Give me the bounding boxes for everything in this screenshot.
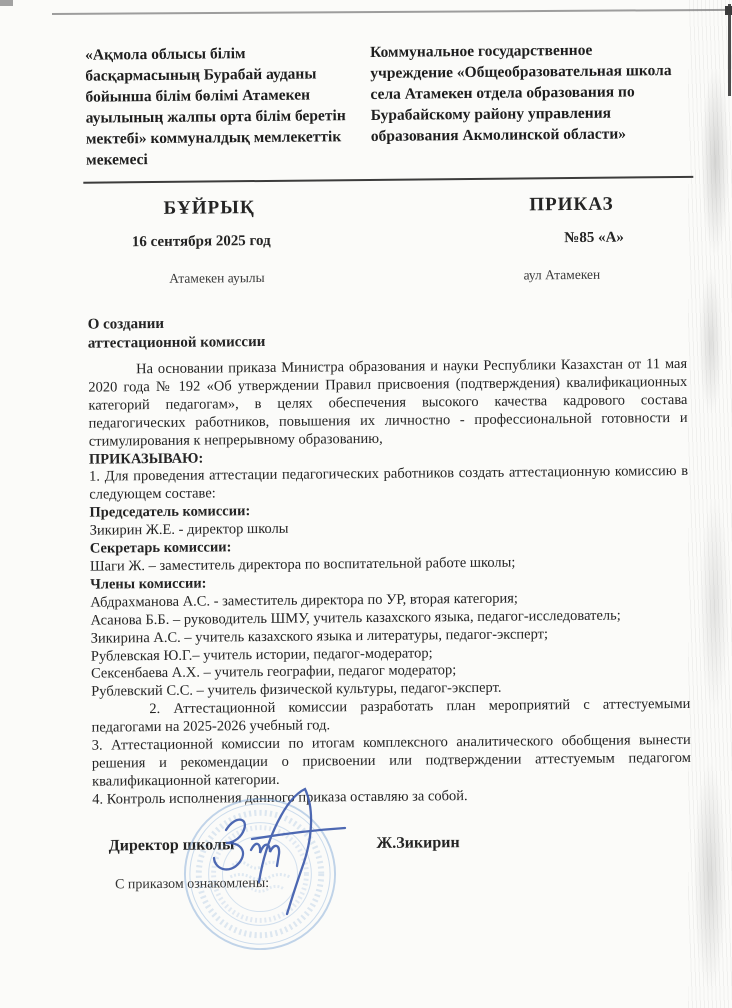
document-content: «Ақмола облысы білім басқармасының Бураб… — [0, 0, 732, 894]
order-date-row: 16 сентября 2025 год №85 «А» — [87, 229, 686, 252]
order-title-russian: ПРИКАЗ — [529, 194, 613, 217]
letterhead-russian: Коммунальное государственное учреждение … — [370, 39, 677, 168]
order-item-3: 3. Аттестационной комиссии по итогам ком… — [92, 732, 691, 791]
order-subject: О создании аттестационной комиссии — [88, 310, 687, 354]
order-item-2: 2. Аттестационной комиссии разработать п… — [91, 696, 690, 738]
order-title-kazakh: БҰЙРЫҚ — [163, 197, 254, 220]
order-place-kazakh: Атамекен ауылы — [169, 270, 265, 287]
order-body: На основании приказа Министра образовани… — [88, 356, 691, 809]
preamble-paragraph: На основании приказа Министра образовани… — [88, 356, 688, 451]
order-place-russian: аул Атамекен — [523, 267, 600, 284]
signature-name: Ж.Зикирин — [376, 834, 459, 853]
order-item-1: 1. Для проведения аттестации педагогичес… — [89, 463, 688, 505]
order-number: №85 «А» — [564, 230, 624, 248]
header-divider-line — [83, 176, 693, 184]
scanned-order-document: «Ақмола облысы білім басқармасының Бураб… — [0, 0, 732, 1008]
order-title-row: БҰЙРЫҚ ПРИКАЗ — [86, 193, 685, 221]
order-date: 16 сентября 2025 год — [132, 233, 271, 251]
letterhead-kazakh: «Ақмола облысы білім басқармасының Бураб… — [85, 42, 358, 171]
signature-row: Директор школы Ж.Зикирин — [93, 832, 692, 856]
signature-label: Директор школы — [109, 836, 235, 855]
acknowledgement-line: С приказом ознакомлены: — [93, 872, 692, 894]
letterhead: «Ақмола облысы білім басқармасының Бураб… — [85, 39, 685, 171]
order-place-row: Атамекен ауылы аул Атамекен — [87, 266, 686, 288]
